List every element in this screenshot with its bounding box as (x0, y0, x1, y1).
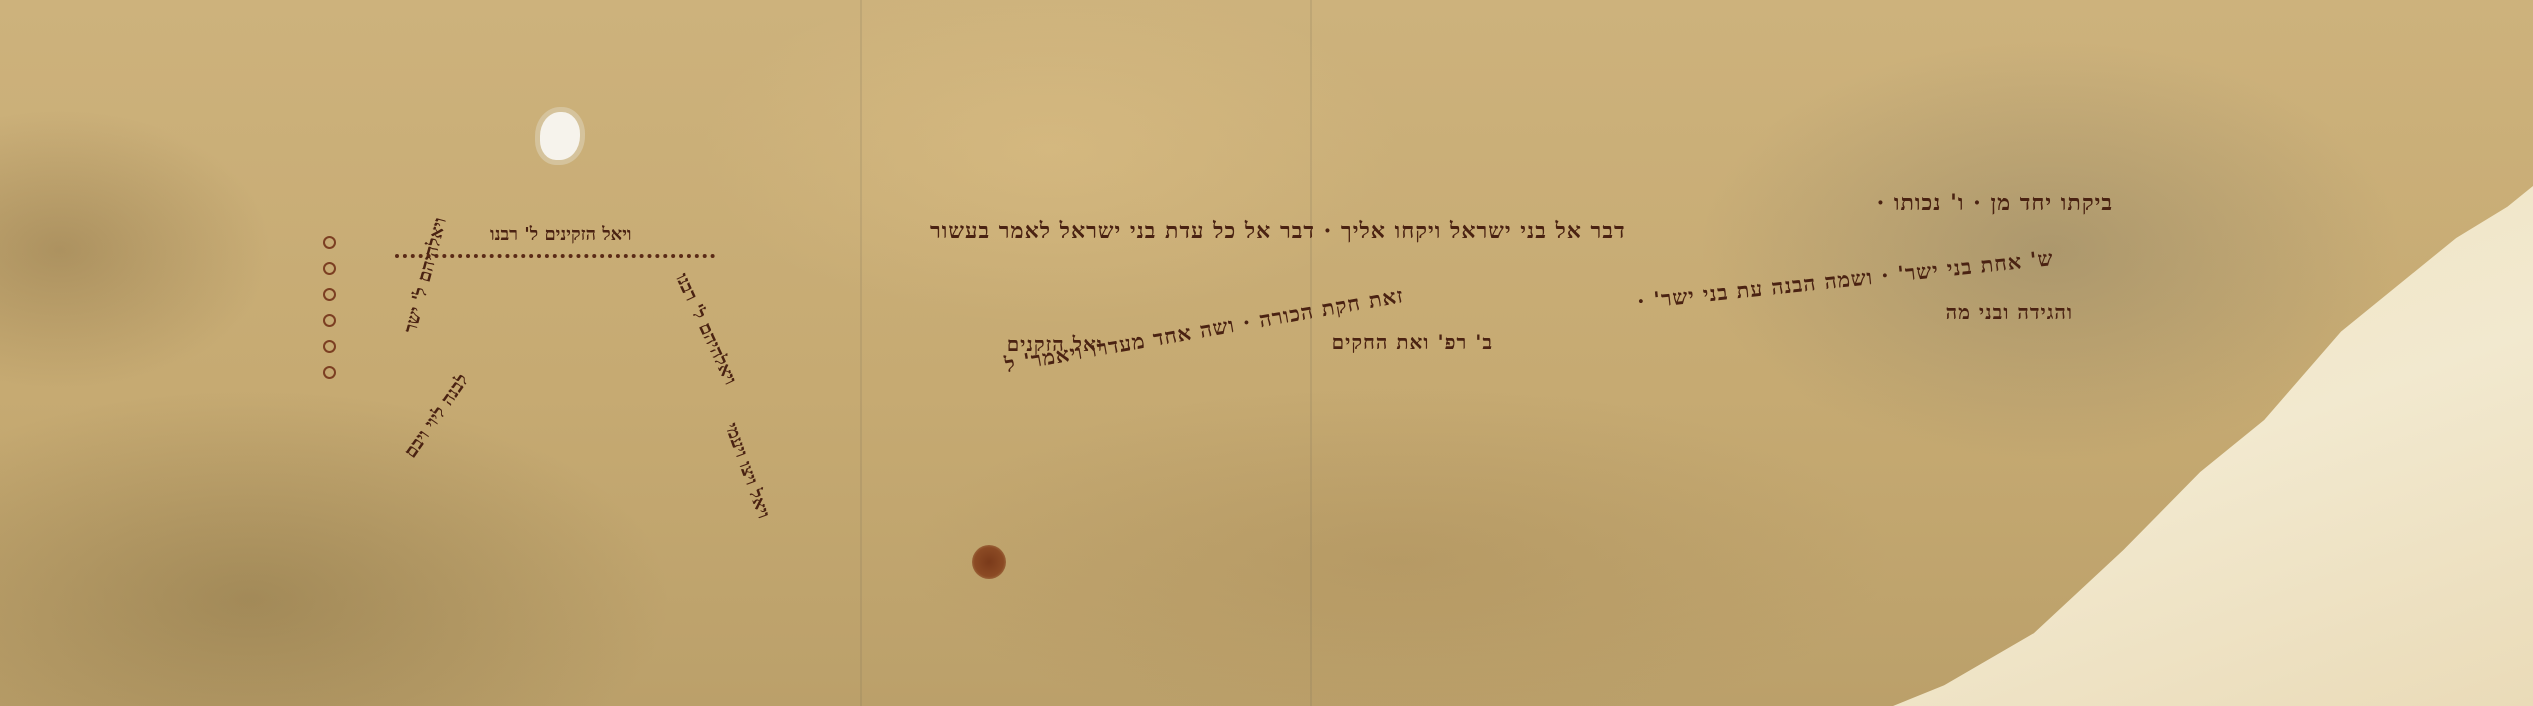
micrography-left-arm: ויאלהיהם ל' ישר (400, 215, 451, 335)
dot-mark (323, 262, 336, 275)
dot-mark (323, 366, 336, 379)
dot-cluster (318, 232, 360, 388)
micrography-top: ויאל הזקינים ל' רבנו (490, 224, 632, 245)
dot-mark (323, 314, 336, 327)
text-line-6: ואל הזקנים (1007, 332, 1103, 357)
dot-mark (323, 288, 336, 301)
parchment-hole (540, 112, 580, 160)
micrography-right-arm: ויאלהיהם ל' רבנו (671, 270, 741, 388)
micrography-left-base: לבנה ליוי ויבם (400, 370, 473, 462)
text-line-1-right: ביקתו יחד מן · ו' נכותו · (1877, 190, 2113, 216)
text-line-5: ב' רפ' ואת החקים (1332, 330, 1493, 355)
fold-line (860, 0, 862, 706)
ink-stain (972, 545, 1006, 579)
micrography-right-base: ויאל ויצו ויעמי (720, 420, 774, 521)
manuscript-page: דבר אל בני ישראל ויקחו אליך · דבר אל כל … (0, 0, 2533, 706)
text-line-1: דבר אל בני ישראל ויקחו אליך · דבר אל כל … (930, 218, 1626, 244)
text-line-4: והגידה ובני מה (1946, 300, 2073, 325)
micrography-dotted-line (395, 254, 715, 258)
dot-mark (323, 236, 336, 249)
dot-mark (323, 340, 336, 353)
fold-line (1310, 0, 1312, 706)
